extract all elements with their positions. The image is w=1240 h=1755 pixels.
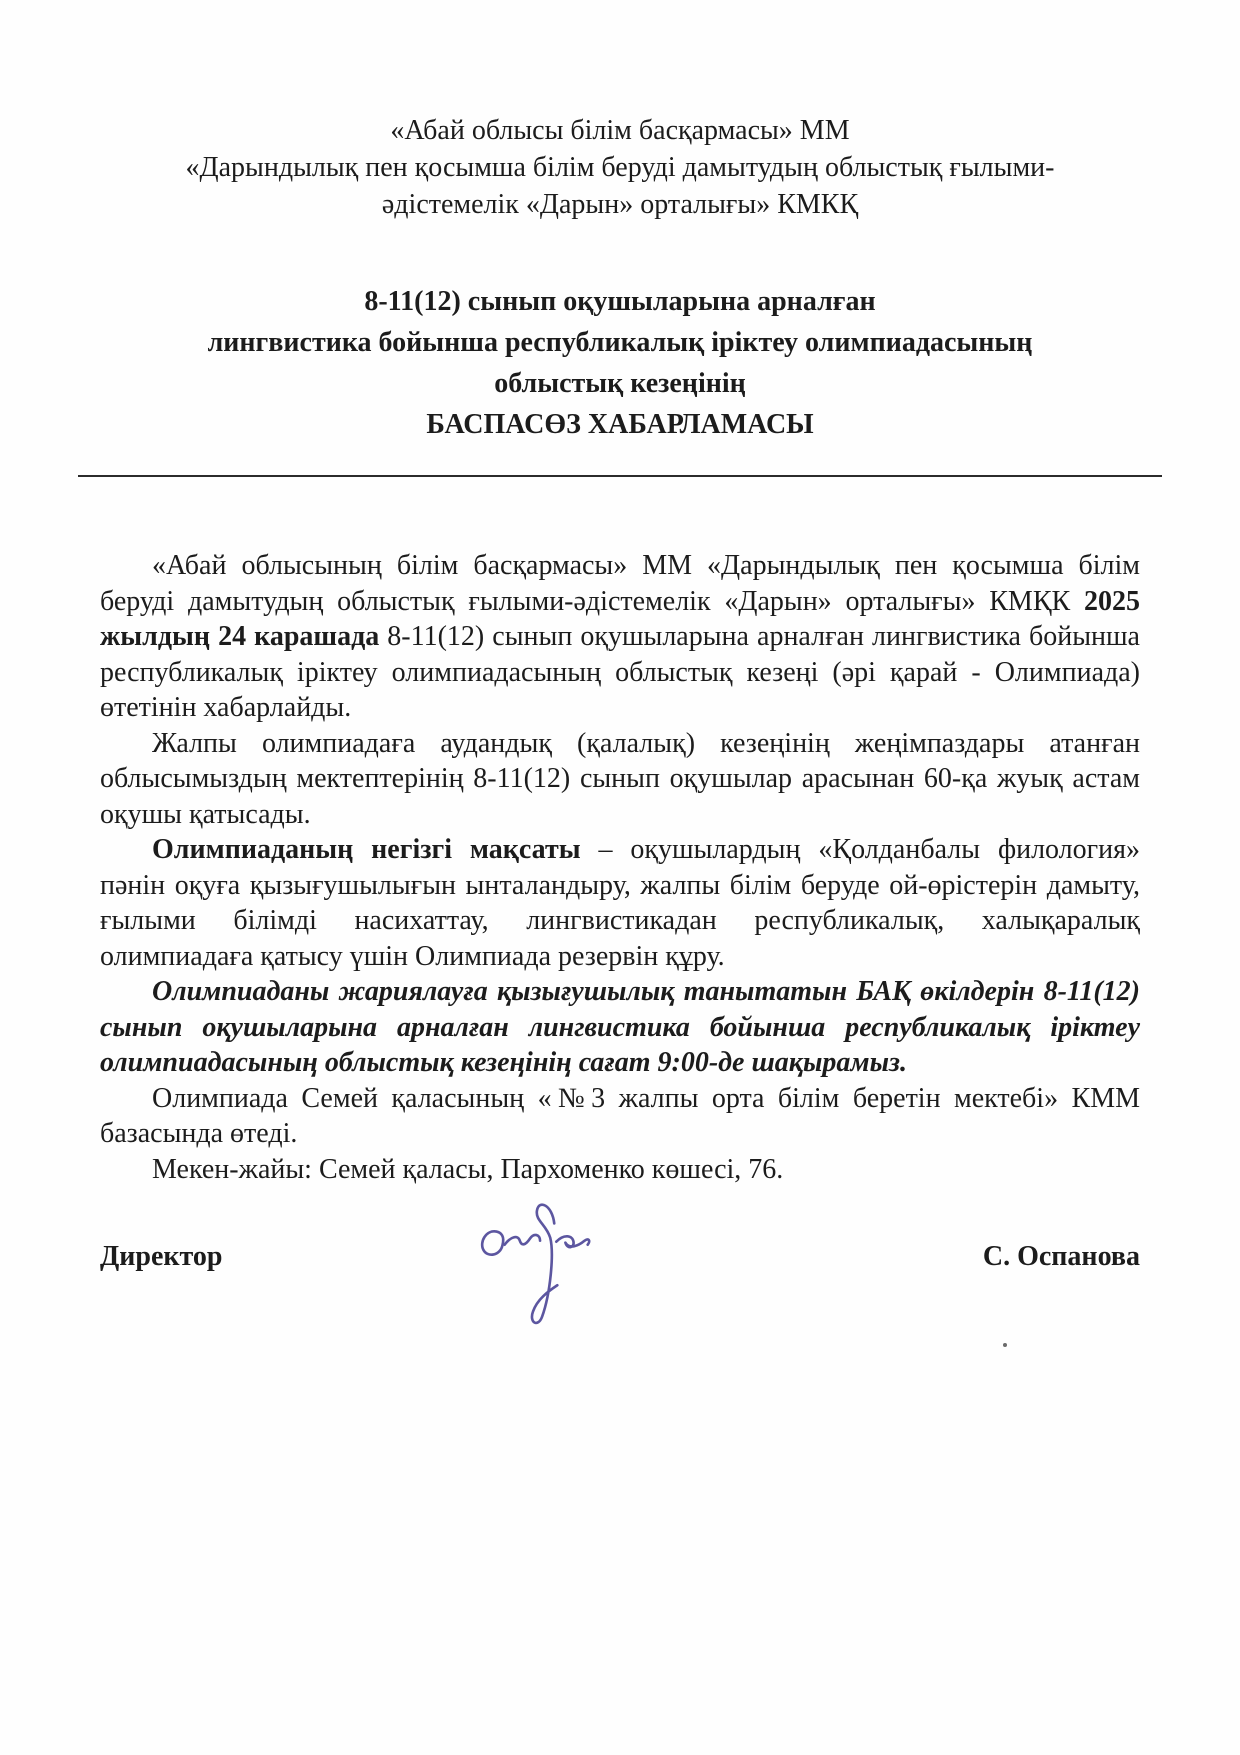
document-title-line: БАСПАСӨЗ ХАБАРЛАМАСЫ xyxy=(100,404,1140,445)
org-header-line: «Дарындылық пен қосымша білім беруді дам… xyxy=(100,149,1140,186)
document-title: 8-11(12) сынып оқушыларына арналған линг… xyxy=(100,281,1140,445)
paragraph-goal: Олимпиаданың негізгі мақсаты – оқушылард… xyxy=(100,832,1140,974)
divider-line xyxy=(78,475,1162,477)
signature-row: Директор С. Оспанова xyxy=(100,1241,1140,1273)
paragraph-venue: Олимпиада Семей қаласының «№3 жалпы орта… xyxy=(100,1081,1140,1152)
document-body: «Абай облысының білім басқармасы» ММ «Да… xyxy=(100,548,1140,1187)
paragraph-participants: Жалпы олимпиадаға аудандық (қалалық) кез… xyxy=(100,726,1140,833)
signature xyxy=(472,1191,598,1343)
signature-role: Директор xyxy=(100,1241,223,1273)
document-content: «Абай облысы білім басқармасы» ММ «Дарын… xyxy=(100,0,1140,445)
document-page: «Абай облысы білім басқармасы» ММ «Дарын… xyxy=(0,0,1240,1755)
document-title-line: облыстық кезеңінің xyxy=(100,363,1140,404)
document-body-wrap: «Абай облысының білім басқармасы» ММ «Да… xyxy=(100,548,1140,1273)
scan-speck xyxy=(1003,1343,1007,1347)
organization-header: «Абай облысы білім басқармасы» ММ «Дарын… xyxy=(100,0,1140,223)
paragraph-address: Мекен-жайы: Семей қаласы, Пархоменко көш… xyxy=(100,1152,1140,1188)
signature-name: С. Оспанова xyxy=(983,1241,1140,1273)
document-title-line: 8-11(12) сынып оқушыларына арналған xyxy=(100,281,1140,322)
paragraph-announcement: «Абай облысының білім басқармасы» ММ «Да… xyxy=(100,548,1140,726)
org-header-line: «Абай облысы білім басқармасы» ММ xyxy=(100,112,1140,149)
org-header-line: әдістемелік «Дарын» орталығы» КМКҚ xyxy=(100,186,1140,223)
document-title-line: лингвистика бойынша республикалық ірікте… xyxy=(100,322,1140,363)
paragraph-media-invitation: Олимпиаданы жариялауға қызығушылық таныт… xyxy=(100,974,1140,1081)
